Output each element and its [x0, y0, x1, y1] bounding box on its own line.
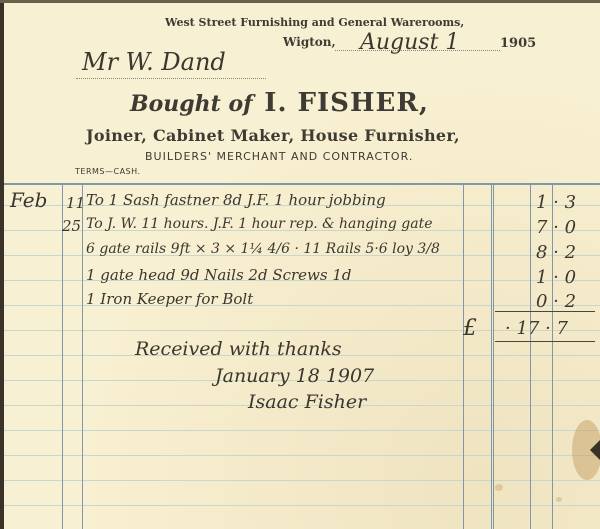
row-amount: 1 · 0 [536, 267, 576, 288]
trades-line: Joiner, Cabinet Maker, House Furnisher, [86, 126, 460, 145]
row-description: To J. W. 11 hours. J.F. 1 hour rep. & ha… [86, 216, 433, 232]
column-rule-shillings [530, 183, 531, 529]
ledger-rule [4, 455, 600, 456]
receipt-date: January 18 1907 [215, 365, 374, 387]
row-amount: 7 · 0 [536, 217, 576, 238]
row-amount: 0 · 2 [536, 291, 576, 312]
ledger-month: Feb [10, 188, 47, 212]
row-description: 1 gate head 9d Nails 2d Screws 1d [86, 266, 352, 284]
total-pound-symbol: £ [463, 316, 477, 341]
row-description: 1 Iron Keeper for Bolt [86, 290, 253, 308]
invoice-paper [4, 0, 600, 529]
row-description: To 1 Sash fastner 8d J.F. 1 hour jobbing [86, 191, 386, 209]
receipt-acknowledgement: Received with thanks [135, 338, 342, 360]
bought-of-label: Bought of I. FISHER, [130, 88, 429, 118]
ledger-rule [4, 505, 600, 506]
total-lower-rule [495, 341, 595, 342]
column-rule-day [82, 183, 83, 529]
merchant-name: I. FISHER, [264, 88, 429, 118]
page-top-edge [0, 0, 600, 3]
column-rule-extension [463, 183, 464, 529]
receipt-signature: Isaac Fisher [248, 391, 366, 413]
total-upper-rule [495, 311, 595, 312]
row-amount: 1 · 3 [536, 192, 576, 213]
row-description: 6 gate rails 9ft × 3 × 1¼ 4/6 · 11 Rails… [86, 241, 440, 257]
column-rule-pounds [491, 183, 492, 529]
row-day: 25 [62, 217, 81, 235]
town-label: Wigton, [283, 35, 336, 49]
terms-label: TERMS—CASH. [75, 167, 141, 176]
invoice-date: August 1 [360, 30, 459, 55]
row-amount: 8 · 2 [536, 242, 576, 263]
invoice-total: · 17 · 7 [505, 318, 568, 339]
ledger-rule [4, 430, 600, 431]
paper-stain [495, 484, 503, 491]
customer-dotted-line [76, 78, 266, 79]
column-rule-pounds-2 [493, 183, 494, 529]
bought-of-text: Bought of [130, 91, 253, 117]
ledger-header-rule [4, 183, 600, 185]
ledger-rule [4, 480, 600, 481]
paper-tear [590, 440, 600, 460]
premises-line: West Street Furnishing and General Warer… [165, 16, 464, 29]
subtitle-line: BUILDERS' MERCHANT AND CONTRACTOR. [145, 150, 413, 163]
customer-name: Mr W. Dand [82, 48, 226, 76]
paper-stain [556, 497, 562, 502]
invoice-year: 1905 [500, 36, 536, 51]
row-day: 11 [66, 194, 85, 212]
